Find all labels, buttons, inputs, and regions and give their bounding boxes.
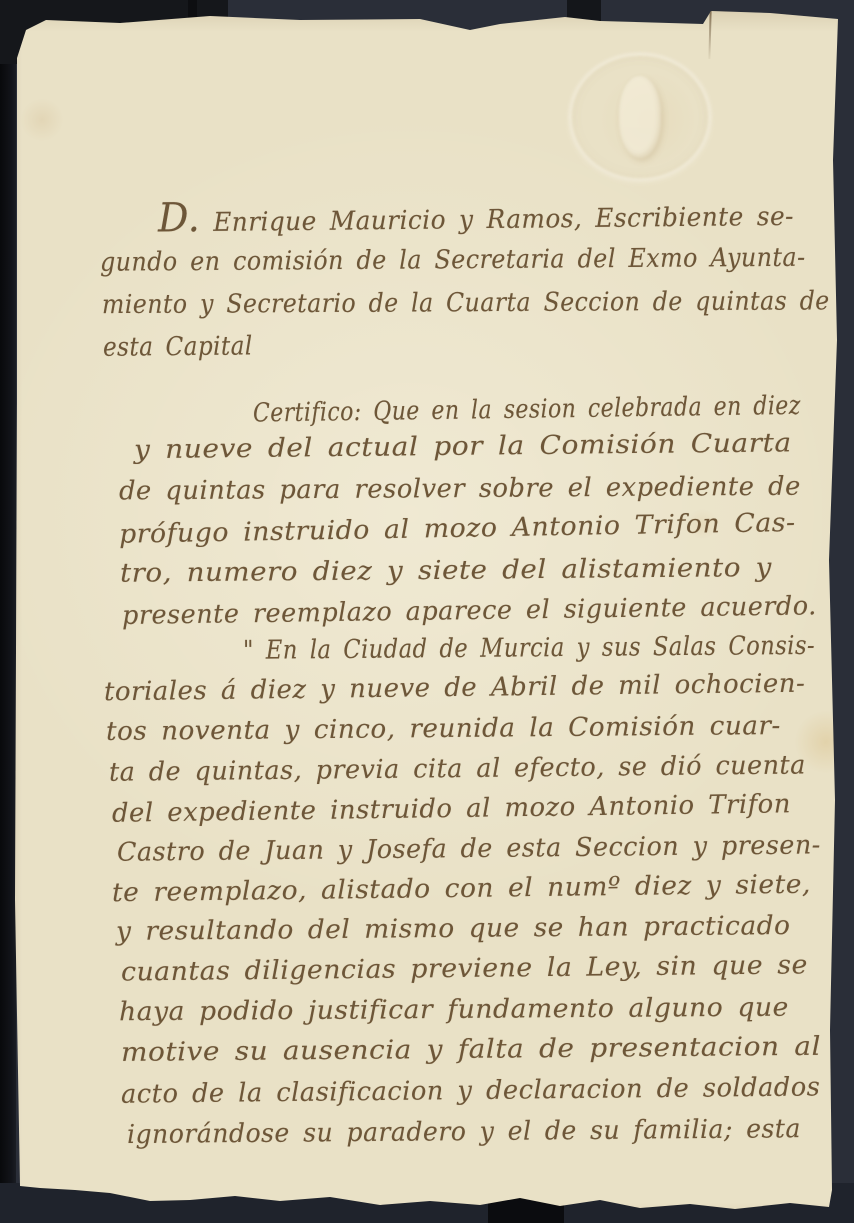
manuscript-line: de quintas para resolver sobre el expedi… bbox=[119, 470, 807, 509]
manuscript-line: y nueve del actual por la Comisión Cuart… bbox=[134, 427, 744, 467]
manuscript-text: ta de quintas, previa cita al efecto, se… bbox=[109, 748, 806, 789]
manuscript-text: acto de la clasificacion y declaracion d… bbox=[121, 1070, 821, 1111]
manuscript-line: " En la Ciudad de Murcia y sus Salas Con… bbox=[243, 628, 854, 668]
scanned-document-view: D. Enrique Mauricio y Ramos, Escribiente… bbox=[0, 0, 854, 1223]
embossed-seal bbox=[568, 52, 712, 182]
manuscript-line: motive su ausencia y falta de presentaci… bbox=[121, 1030, 773, 1070]
manuscript-text: del expediente instruido al mozo Antonio… bbox=[112, 787, 791, 830]
manuscript-text: motive su ausencia y falta de presentaci… bbox=[121, 1030, 821, 1070]
document-page: D. Enrique Mauricio y Ramos, Escribiente… bbox=[0, 0, 854, 1223]
manuscript-line: esta Capital bbox=[103, 329, 272, 364]
manuscript-line: prófugo instruido al mozo Antonio Trifon… bbox=[119, 506, 777, 551]
manuscript-text: gundo en comisión de la Secretaria del E… bbox=[100, 241, 806, 280]
manuscript-text: D. Enrique Mauricio y Ramos, Escribiente… bbox=[158, 195, 794, 241]
manuscript-line: cuantas diligencias previene la Ley, sin… bbox=[121, 949, 789, 990]
paper-crack bbox=[708, 11, 711, 59]
manuscript-text: y resultando del mismo que se han practi… bbox=[116, 909, 791, 949]
manuscript-line: toriales á diez y nueve de Abril de mil … bbox=[104, 667, 807, 710]
manuscript-line: ta de quintas, previa cita al efecto, se… bbox=[109, 748, 822, 789]
manuscript-line: tos noventa y cinco, reunida la Comisión… bbox=[106, 709, 776, 749]
manuscript-line: haya podido justificar fundamento alguno… bbox=[119, 991, 773, 1030]
manuscript-text: y nueve del actual por la Comisión Cuart… bbox=[134, 426, 792, 467]
manuscript-line: D. Enrique Mauricio y Ramos, Escribiente… bbox=[158, 194, 827, 240]
manuscript-text: te reemplazo, alistado con el numº diez … bbox=[112, 868, 811, 911]
scan-edge-left bbox=[0, 0, 16, 1223]
manuscript-text: esta Capital bbox=[103, 329, 253, 364]
manuscript-line: Certifico: Que en la sesion celebrada en… bbox=[253, 387, 854, 430]
manuscript-line: gundo en comisión de la Secretaria del E… bbox=[100, 240, 854, 279]
seal-figure bbox=[619, 76, 661, 158]
manuscript-text: ignorándose su paradero y el de su famil… bbox=[127, 1112, 801, 1152]
manuscript-line: Castro de Juan y Josefa de esta Seccion … bbox=[117, 828, 838, 870]
manuscript-line: ignorándose su paradero y el de su famil… bbox=[127, 1112, 825, 1152]
manuscript-line: y resultando del mismo que se han practi… bbox=[116, 909, 781, 949]
manuscript-text: cuantas diligencias previene la Ley, sin… bbox=[121, 948, 808, 989]
manuscript-text: toriales á diez y nueve de Abril de mil … bbox=[104, 667, 806, 710]
manuscript-text: miento y Secretario de la Cuarta Seccion… bbox=[102, 284, 830, 322]
manuscript-line: del expediente instruido al mozo Antonio… bbox=[112, 787, 795, 831]
manuscript-line: acto de la clasificacion y declaracion d… bbox=[121, 1070, 830, 1111]
manuscript-text: tos noventa y cinco, reunida la Comisión… bbox=[106, 709, 781, 749]
manuscript-line: te reemplazo, alistado con el numº diez … bbox=[112, 868, 799, 910]
manuscript-text: Castro de Juan y Josefa de esta Seccion … bbox=[117, 828, 821, 869]
manuscript-text: " En la Ciudad de Murcia y sus Salas Con… bbox=[243, 629, 815, 668]
manuscript-line: miento y Secretario de la Cuarta Seccion… bbox=[102, 284, 854, 322]
manuscript-line: presente reemplazo aparece el siguiente … bbox=[122, 589, 831, 633]
manuscript-text: prófugo instruido al mozo Antonio Trifon… bbox=[119, 506, 796, 552]
manuscript-line: tro, numero diez y siete del alistamient… bbox=[120, 551, 732, 590]
manuscript-text: de quintas para resolver sobre el expedi… bbox=[119, 470, 801, 509]
manuscript-text: Certifico: Que en la sesion celebrada en… bbox=[253, 389, 801, 431]
manuscript-text: tro, numero diez y siete del alistamient… bbox=[120, 551, 772, 591]
manuscript-text: haya podido justificar fundamento alguno… bbox=[119, 991, 789, 1030]
manuscript-text: presente reemplazo aparece el siguiente … bbox=[122, 589, 817, 633]
